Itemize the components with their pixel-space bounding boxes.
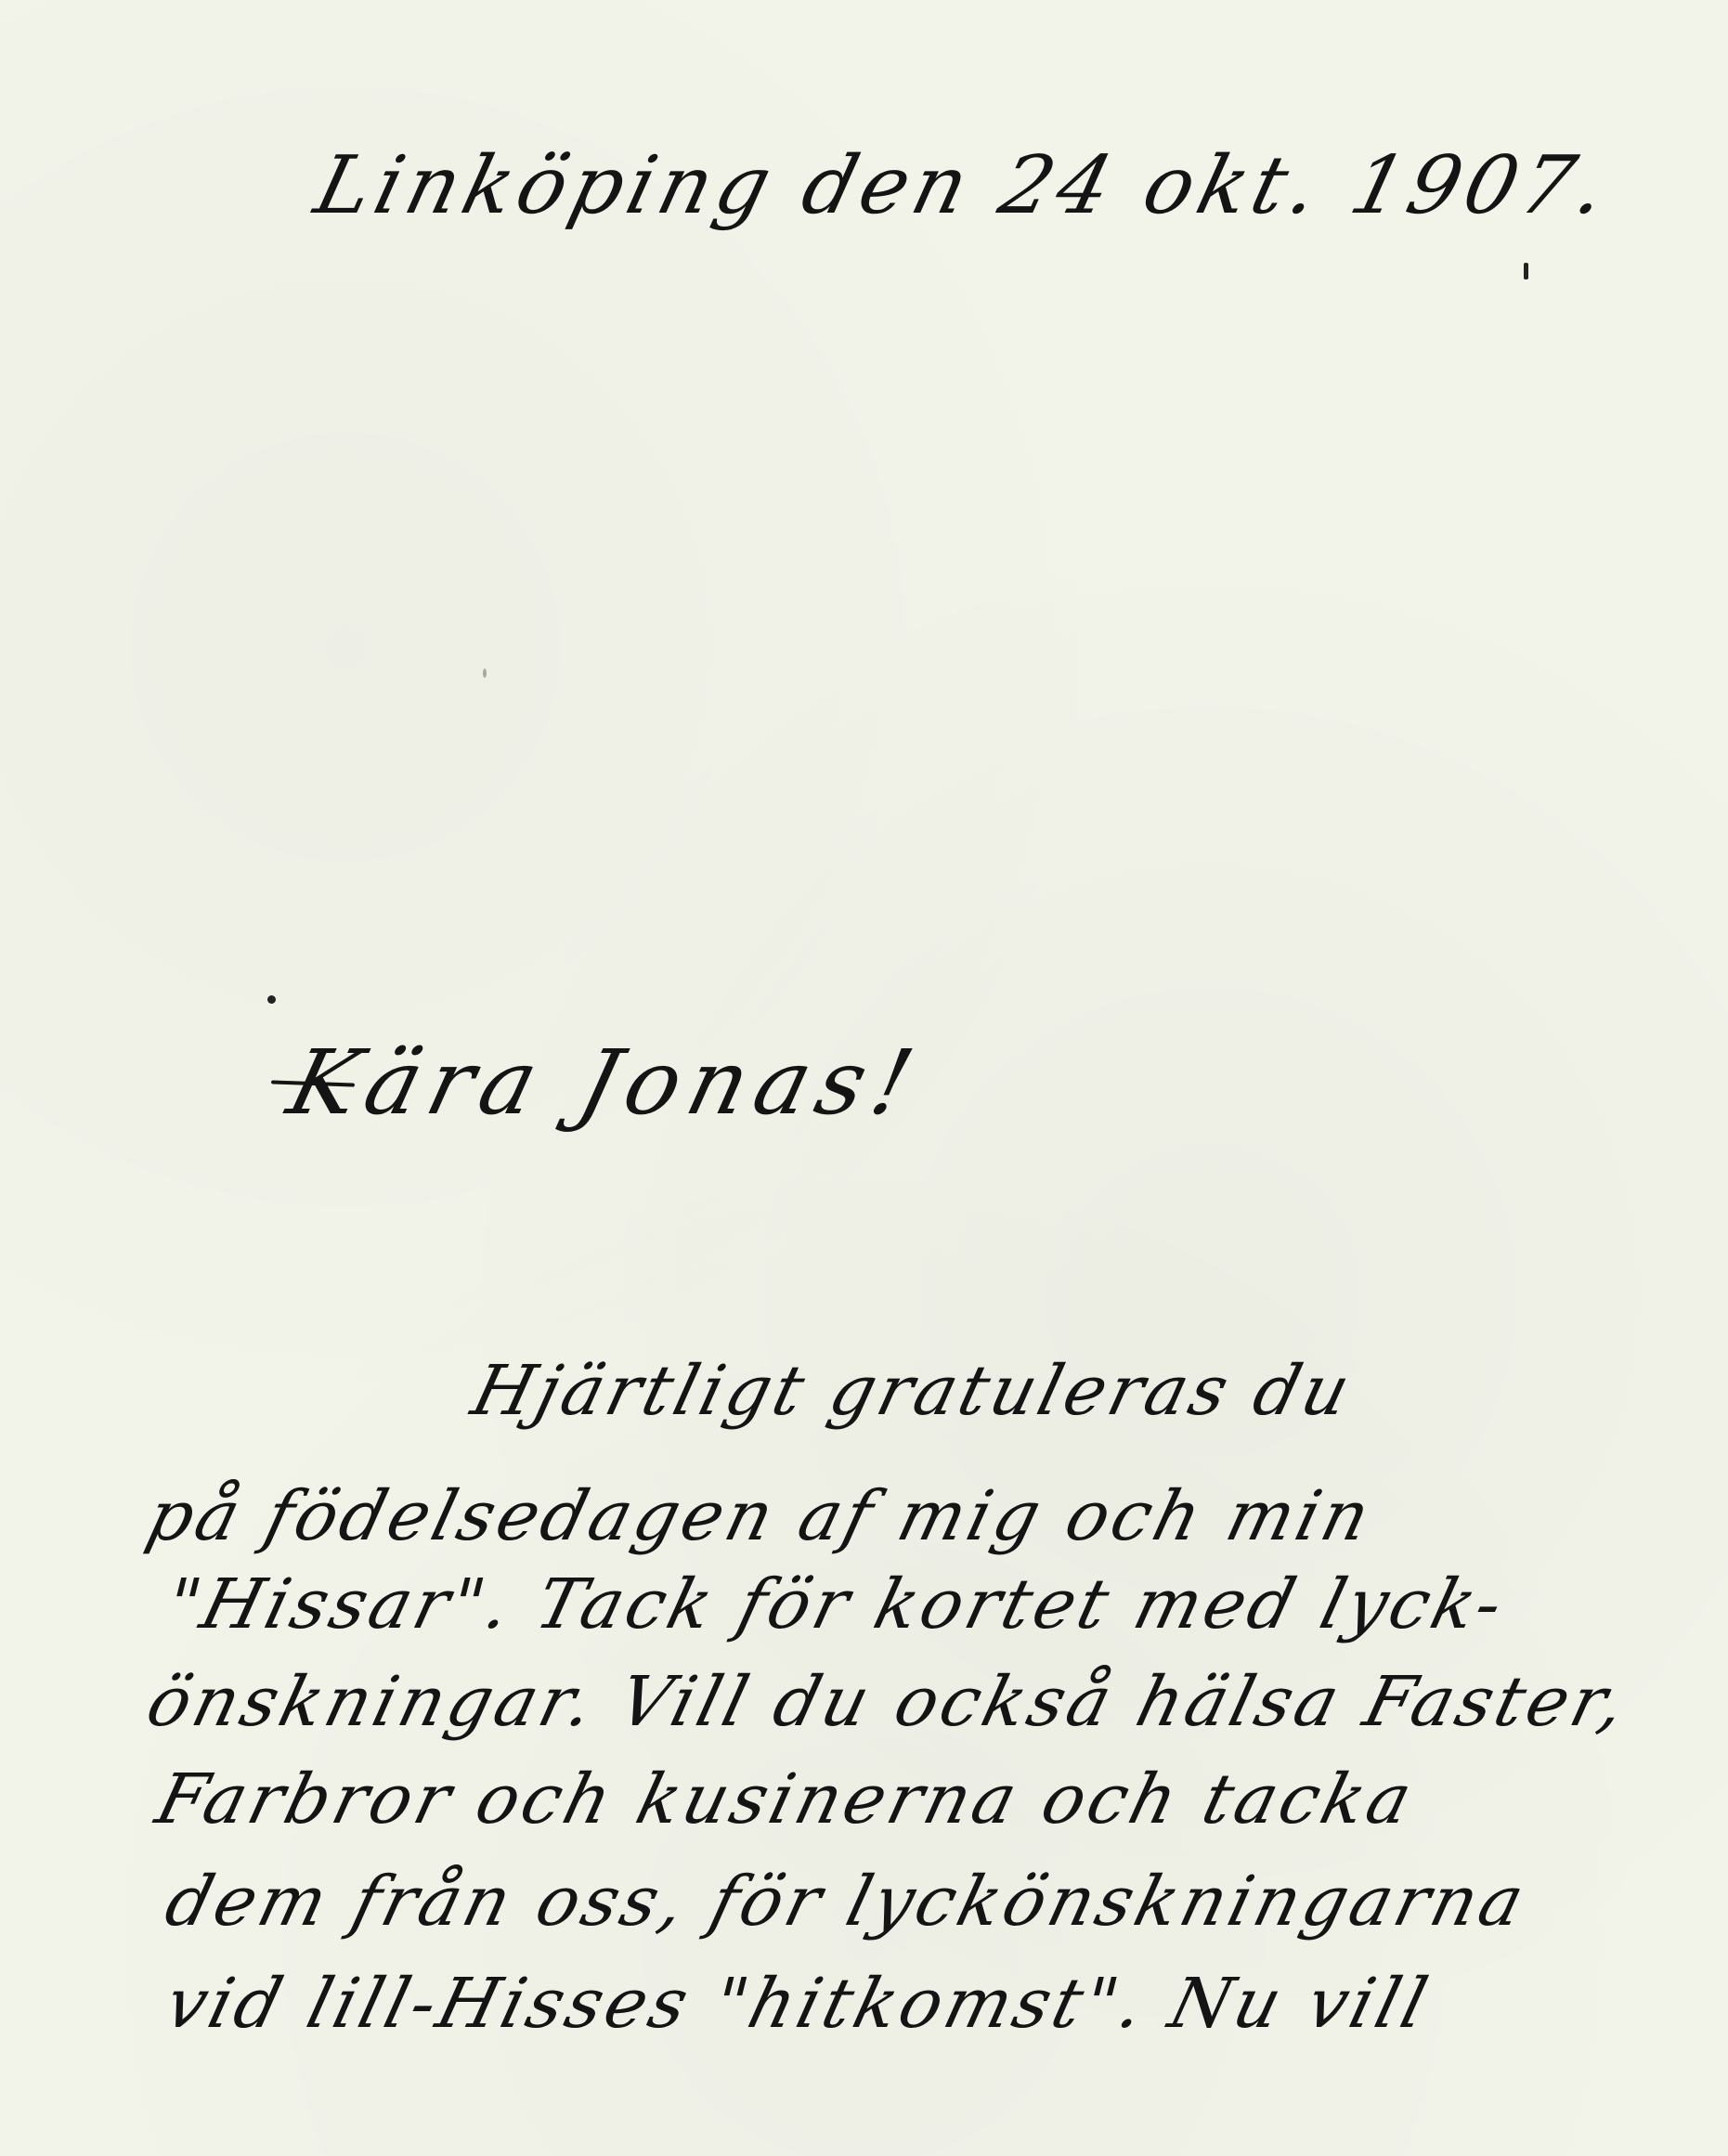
letter-body-line: Hjärtligt gratuleras du [464,1351,1361,1431]
letter-page: Linköping den 24 okt. 1907. Kära Jonas! … [0,0,1728,2156]
ink-speck [1524,263,1528,279]
ink-smudge [483,669,487,678]
ink-speck [267,995,276,1004]
letter-body-line: dem från oss, för lyckönskningarna [158,1862,1535,1942]
letter-body-line: Farbror och kusinerna och tacka [149,1760,1423,1839]
letter-body-line: "Hissar". Tack för kortet med lyck- [158,1565,1514,1644]
letter-dateline: Linköping den 24 okt. 1907. [306,139,1621,232]
letter-body-line: önskningar. Vill du också hälsa Faster, [139,1662,1637,1742]
letter-body-line: vid lill-Hisses "hitkomst". Nu vill [158,1964,1438,2044]
letter-body-line: på födelsedagen af mig och min [139,1476,1381,1556]
letter-greeting: Kära Jonas! [279,1031,932,1135]
